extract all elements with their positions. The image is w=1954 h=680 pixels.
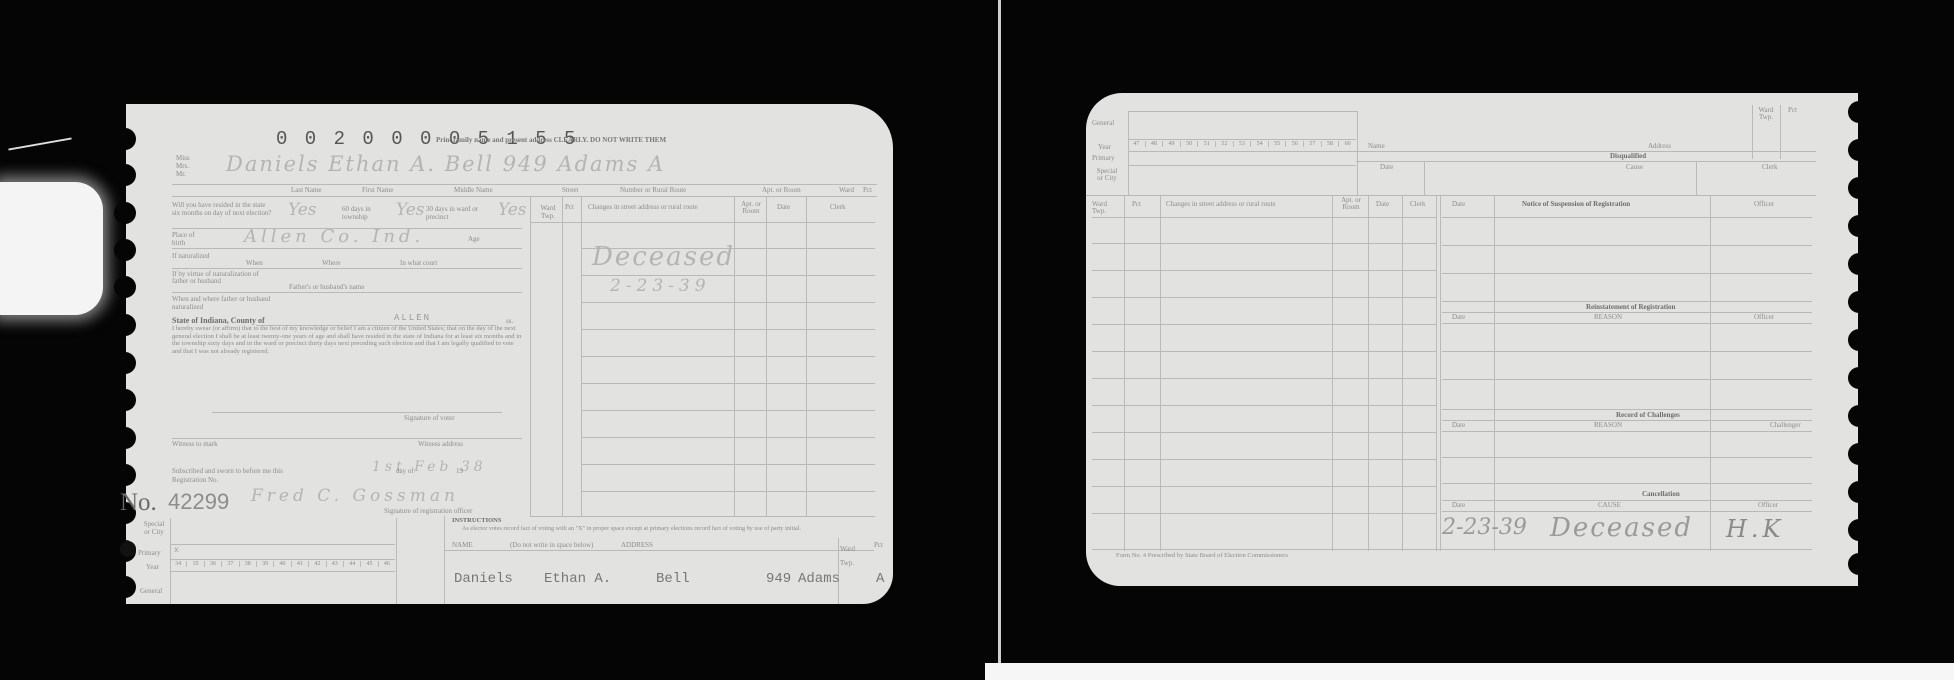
year-cell: 53 [1234,141,1252,147]
question-ward-precinct: 30 days in ward or precinct [426,205,494,221]
question-state-residence: Will you have resided in the state six m… [172,201,272,217]
year-cell: 39 [257,561,274,567]
label-when: When [246,260,263,267]
subscribed-date: 1st Feb 38 [372,460,487,474]
changes-header-apt-room: Apt. or Room [738,201,764,215]
place-of-birth-value: Allen Co. Ind. [244,228,424,246]
instructions-name-label: NAME [452,542,473,549]
front-card: 0 0 2 0 0 0 0 5 1 5 5 Print family name … [126,104,893,604]
suspension-header-officer: Officer [1754,201,1774,208]
label-year-19: 19 [456,468,463,475]
changes-deceased-date: 2-23-39 [610,278,711,295]
label-number-rural-route: Number or Rural Route [620,187,686,194]
label-pct: Pct [863,187,872,194]
salutation-miss: Miss [176,155,190,162]
instructions-do-not-write: (Do not write in space below) [510,542,593,549]
typed-first-name: Ethan A. [544,572,611,586]
label-middle-name: Middle Name [454,187,493,194]
back-changes-pct: Pct [1132,201,1141,208]
back-label-ward-twp: Ward Twp. [1754,107,1778,121]
year-cell: 34 [170,561,187,567]
year-cell: 36 [205,561,222,567]
challenges-header-reason: REASON [1594,422,1622,429]
label-if-naturalized: If naturalized [172,252,210,260]
answer-state-residence: Yes [288,202,317,219]
year-cell: 56 [1286,141,1304,147]
year-cell: 42 [309,561,326,567]
film-divider-line [998,0,1001,680]
light-glare [0,182,103,315]
label-witness-address: Witness address [418,441,463,448]
back-changes-clerk: Clerk [1410,201,1426,208]
changes-header-date: Date [777,204,790,211]
changes-header-clerk: Clerk [830,204,846,211]
front-year-row: 34 35 36 37 38 39 40 41 42 43 44 45 46 [170,561,395,567]
typed-street: Bell [656,572,690,586]
primary-mark: x [174,547,179,555]
year-cell: 47 [1128,141,1146,147]
label-in-what-court: In what court [400,260,437,267]
label-witness-mark: Witness to mark [172,441,218,448]
cancellation-header-officer: Officer [1758,502,1778,509]
label-signature-voter: Signature of voter [404,415,455,422]
year-cell: 52 [1216,141,1234,147]
back-label-cause: Cause [1626,164,1643,171]
year-cell: 48 [1146,141,1164,147]
back-label-pct: Pct [1788,107,1797,114]
question-township: 60 days in township [342,205,394,221]
punch-hole [120,541,136,557]
salutation-mr: Mr. [176,171,186,178]
label-registration-no: Registration No. [172,477,218,484]
year-cell: 40 [274,561,291,567]
typed-number: 949 [766,572,791,586]
suspension-title: Notice of Suspension of Registration [1522,201,1630,208]
film-scratch [8,137,71,150]
year-cell: 58 [1322,141,1340,147]
back-label-clerk: Clerk [1762,164,1778,171]
year-cell: 43 [327,561,344,567]
label-place-of-birth: Place of birth [172,231,208,247]
registration-officer-signature: Fred C. Gossman [251,488,459,505]
year-cell: 51 [1198,141,1216,147]
oath-text: I hereby swear (or affirm) that to the b… [172,325,522,355]
cancellation-title: Cancellation [1642,491,1680,498]
form-footer: Form No. 4 Prescribed by State Board of … [1116,553,1288,560]
label-registration-officer: Signature of registration officer [384,508,472,515]
cancellation-header-cause: CAUSE [1598,502,1621,509]
challenges-header-challenger: Challenger [1770,422,1801,429]
typed-last-name: Daniels [454,572,513,586]
oath-county: ALLEN [394,314,431,323]
voting-row-year: Year [146,564,159,571]
changes-deceased-note: Deceased [592,244,735,270]
cancellation-date: 2-23-39 [1442,517,1527,539]
reinstatement-header-reason: REASON [1594,314,1622,321]
suspension-header-date: Date [1452,201,1465,208]
back-changes-date: Date [1376,201,1389,208]
challenges-title: Record of Challenges [1616,412,1680,419]
reinstatement-header-officer: Officer [1754,314,1774,321]
back-voting-row-general: General [1092,120,1114,127]
label-street: Street [562,187,578,194]
back-year-row: 47 48 49 50 51 52 53 54 55 56 57 58 60 [1128,141,1356,147]
year-cell: 35 [187,561,204,567]
changes-header-pct: Pct [565,204,574,211]
label-age: Age [468,236,480,243]
year-cell: 38 [240,561,257,567]
year-cell: 57 [1304,141,1322,147]
label-apt-room: Apt. or Room [762,187,801,194]
oath-heading: State of Indiana, County of [172,317,265,325]
instructions-heading: INSTRUCTIONS [452,518,502,525]
instructions-address-label: ADDRESS [621,542,653,549]
year-cell: 55 [1269,141,1287,147]
cancellation-header-date: Date [1452,502,1465,509]
year-cell: 44 [344,561,361,567]
label-last-name: Last Name [291,187,322,194]
year-cell: 54 [1251,141,1269,147]
back-label-name: Name [1368,143,1385,150]
changes-header-ward-twp: Ward Twp. [536,204,560,220]
oath-ss: ss. [506,318,513,325]
label-subscribed: Subscribed and sworn to before me this [172,468,283,475]
back-voting-row-year: Year [1098,144,1111,151]
back-label-disqualified: Disqualified [1610,153,1646,160]
back-voting-grid [1128,111,1358,196]
handwritten-name-address: Daniels Ethan A. Bell 949 Adams A [226,154,665,175]
answer-township: Yes [396,202,425,219]
label-where: Where [322,260,341,267]
year-cell: 60 [1339,141,1356,147]
registration-number: 42299 [168,491,229,513]
back-changes-address: Changes in street address or rural route [1166,201,1276,208]
cancellation-officer: H.K [1726,517,1785,541]
back-changes-apt: Apt. or Room [1338,197,1364,211]
back-voting-row-primary: Primary [1092,155,1115,162]
voting-row-general: General [140,588,162,595]
reinstatement-header-date: Date [1452,314,1465,321]
back-voting-row-special: Special or City [1094,168,1120,182]
header-instruction: Print family name and present address CL… [436,137,666,144]
voting-row-primary: Primary [138,550,161,557]
label-fathers-name: Father's or husband's name [289,284,364,291]
salutation-mrs: Mrs. [176,163,189,170]
reinstatement-title: Reinstatement of Registration [1586,304,1675,311]
year-cell: 41 [292,561,309,567]
year-cell: 37 [222,561,239,567]
label-when-where-father: When and where father or husband natural… [172,295,282,311]
instructions-ward-label: Ward Twp. [840,542,862,570]
year-cell: 46 [379,561,395,567]
challenges-header-date: Date [1452,422,1465,429]
back-card: General Year Primary Special or City 47 … [1086,93,1858,586]
year-cell: 45 [361,561,378,567]
cancellation-cause: Deceased [1550,515,1693,541]
label-day-of: day of [396,468,414,475]
label-ward: Ward [839,187,854,194]
instructions-text: As elector votes record fact of voting w… [462,525,862,532]
voting-row-special-city: Special or City [140,520,168,536]
year-cell: 50 [1181,141,1199,147]
typed-pct: A [876,572,884,586]
year-cell: 49 [1163,141,1181,147]
back-label-date: Date [1380,164,1393,171]
back-label-address: Address [1648,143,1671,150]
instructions-pct-label: Pct [874,542,883,549]
film-white-band [985,663,1954,680]
label-first-name: First Name [362,187,393,194]
answer-ward-precinct: Yes [498,202,527,219]
changes-header-address: Changes in street address or rural route [588,204,698,211]
label-by-virtue-father: If by virtue of naturalization of father… [172,271,272,285]
typed-ward: Adams [798,572,840,586]
number-prefix: No. [120,489,157,517]
back-changes-ward-twp: Ward Twp. [1092,201,1118,215]
